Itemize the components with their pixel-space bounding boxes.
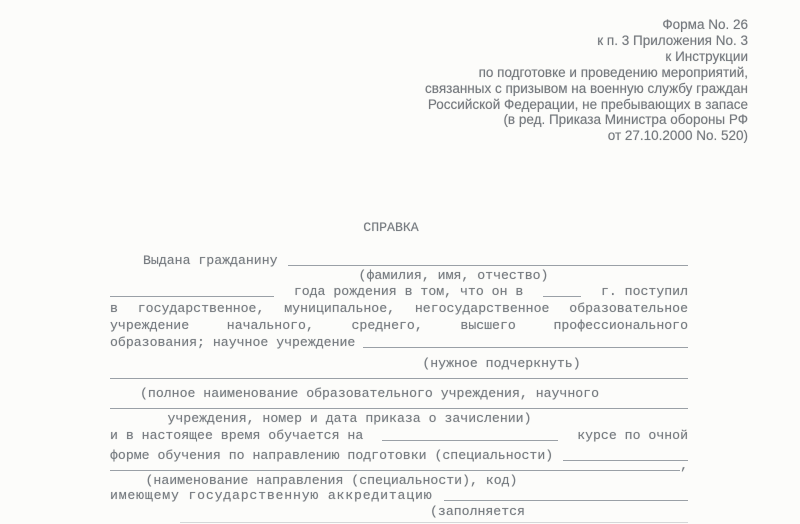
institution-name-rule-2 <box>110 401 688 411</box>
institution-name-caption-line-2: учреждения, номер и дата приказа о зачис… <box>110 411 688 426</box>
fio-caption: (фамилия, имя, отчество) <box>110 268 688 283</box>
cutoff-rule-line <box>110 519 688 524</box>
accreditation-blank-line <box>444 490 688 501</box>
institution-type-line-2: учреждение начального, среднего, высшего… <box>110 316 688 333</box>
specialty-caption-line: (наименование направления (специальности… <box>110 473 688 488</box>
form-reference-note: Форма No. 26 к п. 3 Приложения No. 3 к И… <box>425 17 748 144</box>
issued-to-label: Выдана гражданину <box>143 253 278 268</box>
birth-year-blank-line <box>110 286 274 297</box>
specialty-blank-line-2 <box>110 460 680 471</box>
form-note-line: (в ред. Приказа Министра обороны РФ <box>425 112 748 128</box>
scientific-institution-blank-line <box>363 337 688 348</box>
institution-type-line-1: в государственное, муниципальное, негосу… <box>110 299 688 316</box>
form-note-line: от 27.10.2000 No. 520) <box>425 128 748 144</box>
specialty-caption: (наименование направления (специальности… <box>110 473 688 488</box>
scanned-certificate-form: Форма No. 26 к п. 3 Приложения No. 3 к И… <box>0 0 800 524</box>
issued-to-line: Выдана гражданину <box>110 250 688 268</box>
accreditation-line: имеющему государственную аккредитацию <box>110 488 688 503</box>
institution-name-rule-1 <box>110 371 688 381</box>
form-note-line: Российской Федерации, не пребывающих в з… <box>425 97 748 113</box>
institution-name-blank-line-2 <box>110 398 688 409</box>
document-body: Выдана гражданину (фамилия, имя, отчеств… <box>110 250 688 524</box>
institution-name-blank-line-1 <box>110 368 688 379</box>
document-title: СПРАВКА <box>110 220 688 235</box>
scientific-institution-line: образования; научное учреждение <box>110 333 688 350</box>
scientific-institution-label: образования; научное учреждение <box>110 335 355 350</box>
course-fulltime-text: курсе по очной <box>577 428 688 443</box>
cutoff-blank-line <box>180 512 688 523</box>
institution-name-caption-2: учреждения, номер и дата приказа о зачис… <box>110 411 688 426</box>
form-note-line: связанных с призывом на военную службу г… <box>425 81 748 97</box>
birth-year-line: года рождения в том, что он в г. поступи… <box>110 283 688 299</box>
form-note-line: Форма No. 26 <box>425 17 748 33</box>
current-study-text: и в настоящее время обучается на <box>110 428 363 443</box>
current-course-line: и в настоящее время обучается на курсе п… <box>110 426 688 443</box>
institution-type-text-2: учреждение начального, среднего, высшего… <box>110 318 688 333</box>
birth-year-text: года рождения в том, что он в <box>294 284 524 299</box>
specialty-rule-line: , <box>110 463 688 473</box>
admission-text: г. поступил <box>601 284 688 299</box>
form-note-line: к Инструкции <box>425 49 748 65</box>
form-note-line: по подготовке и проведению мероприятий, <box>425 65 748 81</box>
fio-caption-line: (фамилия, имя, отчество) <box>110 268 688 283</box>
accreditation-label: имеющему государственную аккредитацию <box>110 488 432 503</box>
course-number-blank-line <box>382 430 558 441</box>
admission-year-blank-line <box>543 286 581 297</box>
citizen-name-blank-line <box>288 255 688 266</box>
trailing-comma: , <box>680 458 688 473</box>
institution-type-text-1: в государственное, муниципальное, негосу… <box>110 301 688 316</box>
form-note-line: к п. 3 Приложения No. 3 <box>425 33 748 49</box>
